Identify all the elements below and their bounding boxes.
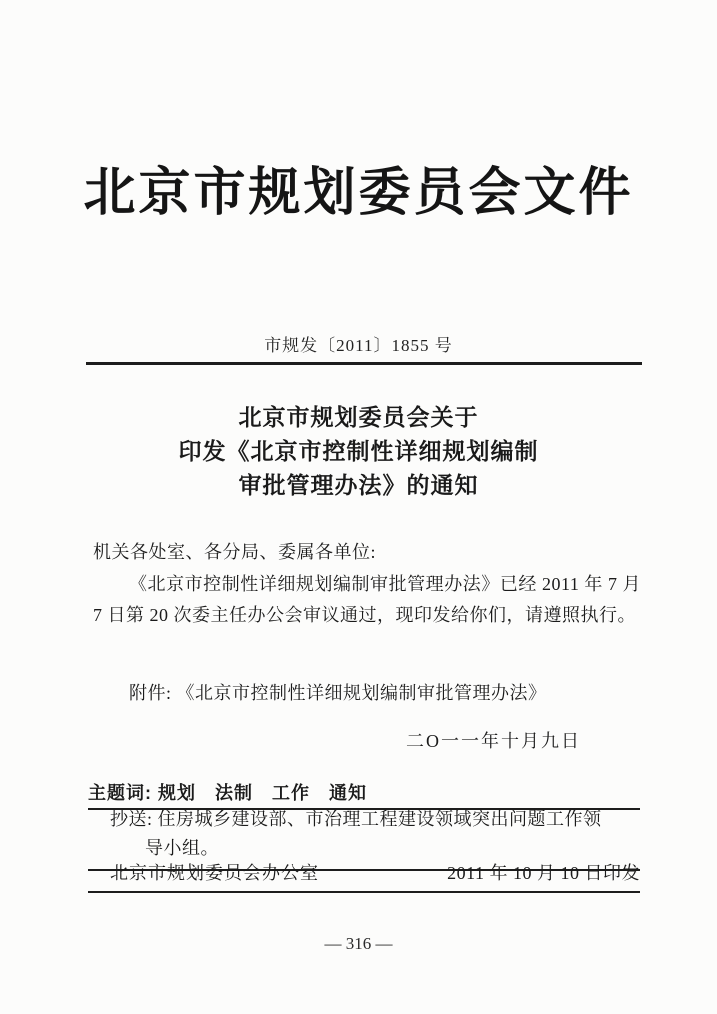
attachment-line: 附件: 《北京市控制性详细规划编制审批管理办法》 <box>129 679 641 705</box>
cc-line-1: 抄送: 住房城乡建设部、市治理工程建设领域突出问题工作领 <box>110 805 640 834</box>
issuing-org-title: 北京市规划委员会文件 <box>0 150 717 225</box>
signature-date: 二O一一年十月九日 <box>0 727 641 753</box>
print-issuer-row: 北京市规划委员会办公室 2011 年 10 月 10 日印发 <box>88 859 640 893</box>
document-reference-number: 市规发〔2011〕1855 号 <box>0 331 717 356</box>
document-title-line-2: 印发《北京市控制性详细规划编制 <box>0 434 717 468</box>
issuing-office: 北京市规划委员会办公室 <box>110 859 319 885</box>
header-divider-rule <box>86 362 642 365</box>
body-paragraph: 《北京市控制性详细规划编制审批管理办法》已经 2011 年 7 月 7 日第 2… <box>93 569 641 631</box>
document-title-line-3: 审批管理办法》的通知 <box>0 468 717 502</box>
salutation-line: 机关各处室、各分局、委属各单位: <box>93 538 645 564</box>
page-number: — 316 — <box>0 934 717 954</box>
document-title-line-1: 北京市规划委员会关于 <box>0 400 717 434</box>
document-title: 北京市规划委员会关于 印发《北京市控制性详细规划编制 审批管理办法》的通知 <box>0 400 717 502</box>
print-date: 2011 年 10 月 10 日印发 <box>447 859 640 885</box>
scanned-official-document: 北京市规划委员会文件 市规发〔2011〕1855 号 北京市规划委员会关于 印发… <box>0 0 717 1014</box>
